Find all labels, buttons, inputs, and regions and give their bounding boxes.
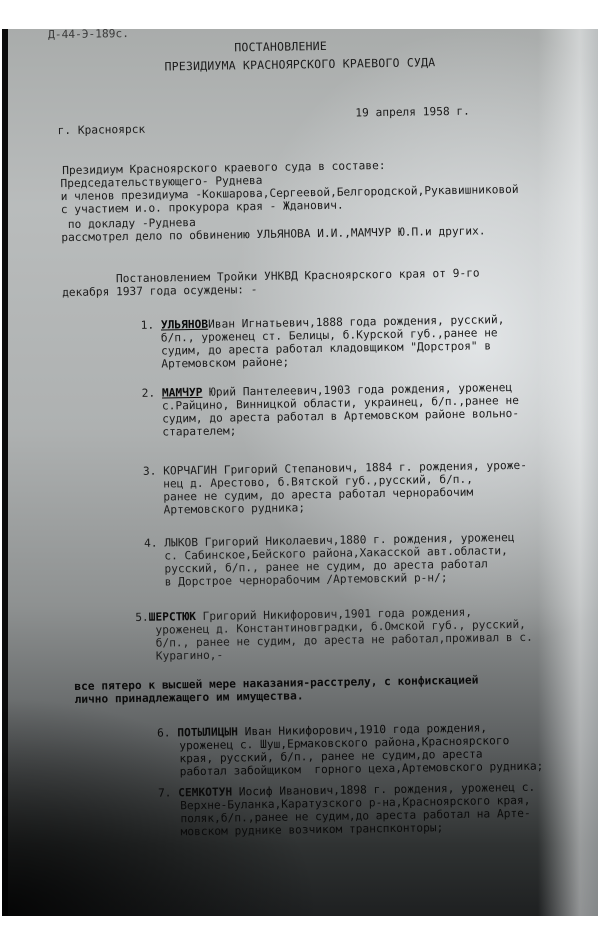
entry-number: 3. [143,465,157,478]
entry-surname: СЕМКОТУН [178,785,232,799]
entry-surname: ПОТЫЛИЦЫН [177,725,238,739]
entry-line: старателем; [162,424,236,438]
sentence-line: лично принадлежащего им имущества. [74,689,303,706]
document-subtitle: ПРЕЗИДИУМА КРАСНОЯРСКОГО КРАЕВОГО СУДА [165,56,436,73]
document-date: 19 апреля 1958 г. [355,105,470,120]
entry-line: мовском руднике возчиком транспконторы; [181,821,444,838]
entry-number: 2. [142,387,156,400]
entry-number: 6. [157,726,171,739]
reference-number: Д-44-Э-189с. [48,29,129,41]
entry-surname: УЛЬЯНОВ [161,318,208,332]
entry-surname: ЛЫКОВ [164,536,198,550]
document-title: ПОСТАНОВЛЕНИЕ [234,40,327,54]
entry-surname: МАМЧУР [162,386,203,400]
intro-line: декабря 1937 года осуждены: - [62,283,258,299]
entry-number: 5. [135,611,149,624]
entry-line: Артемовском районе; [161,356,289,371]
entry-surname: ШЕРСТЮК [149,610,196,624]
entry-line: Артемовского рудника; [163,501,305,516]
entry-surname: КОРЧАГИН [163,464,217,478]
document-city: г. Красноярск [58,123,146,137]
document-photo: Д-44-Э-189с. ПОСТАНОВЛЕНИЕ ПРЕЗИДИУМА КР… [2,29,598,916]
entry-number: 7. [158,786,172,799]
entry-line: Курагино,- [156,649,224,663]
intro-line: Постановлением Тройки УНКВД Красноярског… [116,267,480,286]
typewritten-page: Д-44-Э-189с. ПОСТАНОВЛЕНИЕ ПРЕЗИДИУМА КР… [2,29,598,916]
entry-number: 1. [141,319,155,332]
entry-number: 4. [144,537,158,550]
